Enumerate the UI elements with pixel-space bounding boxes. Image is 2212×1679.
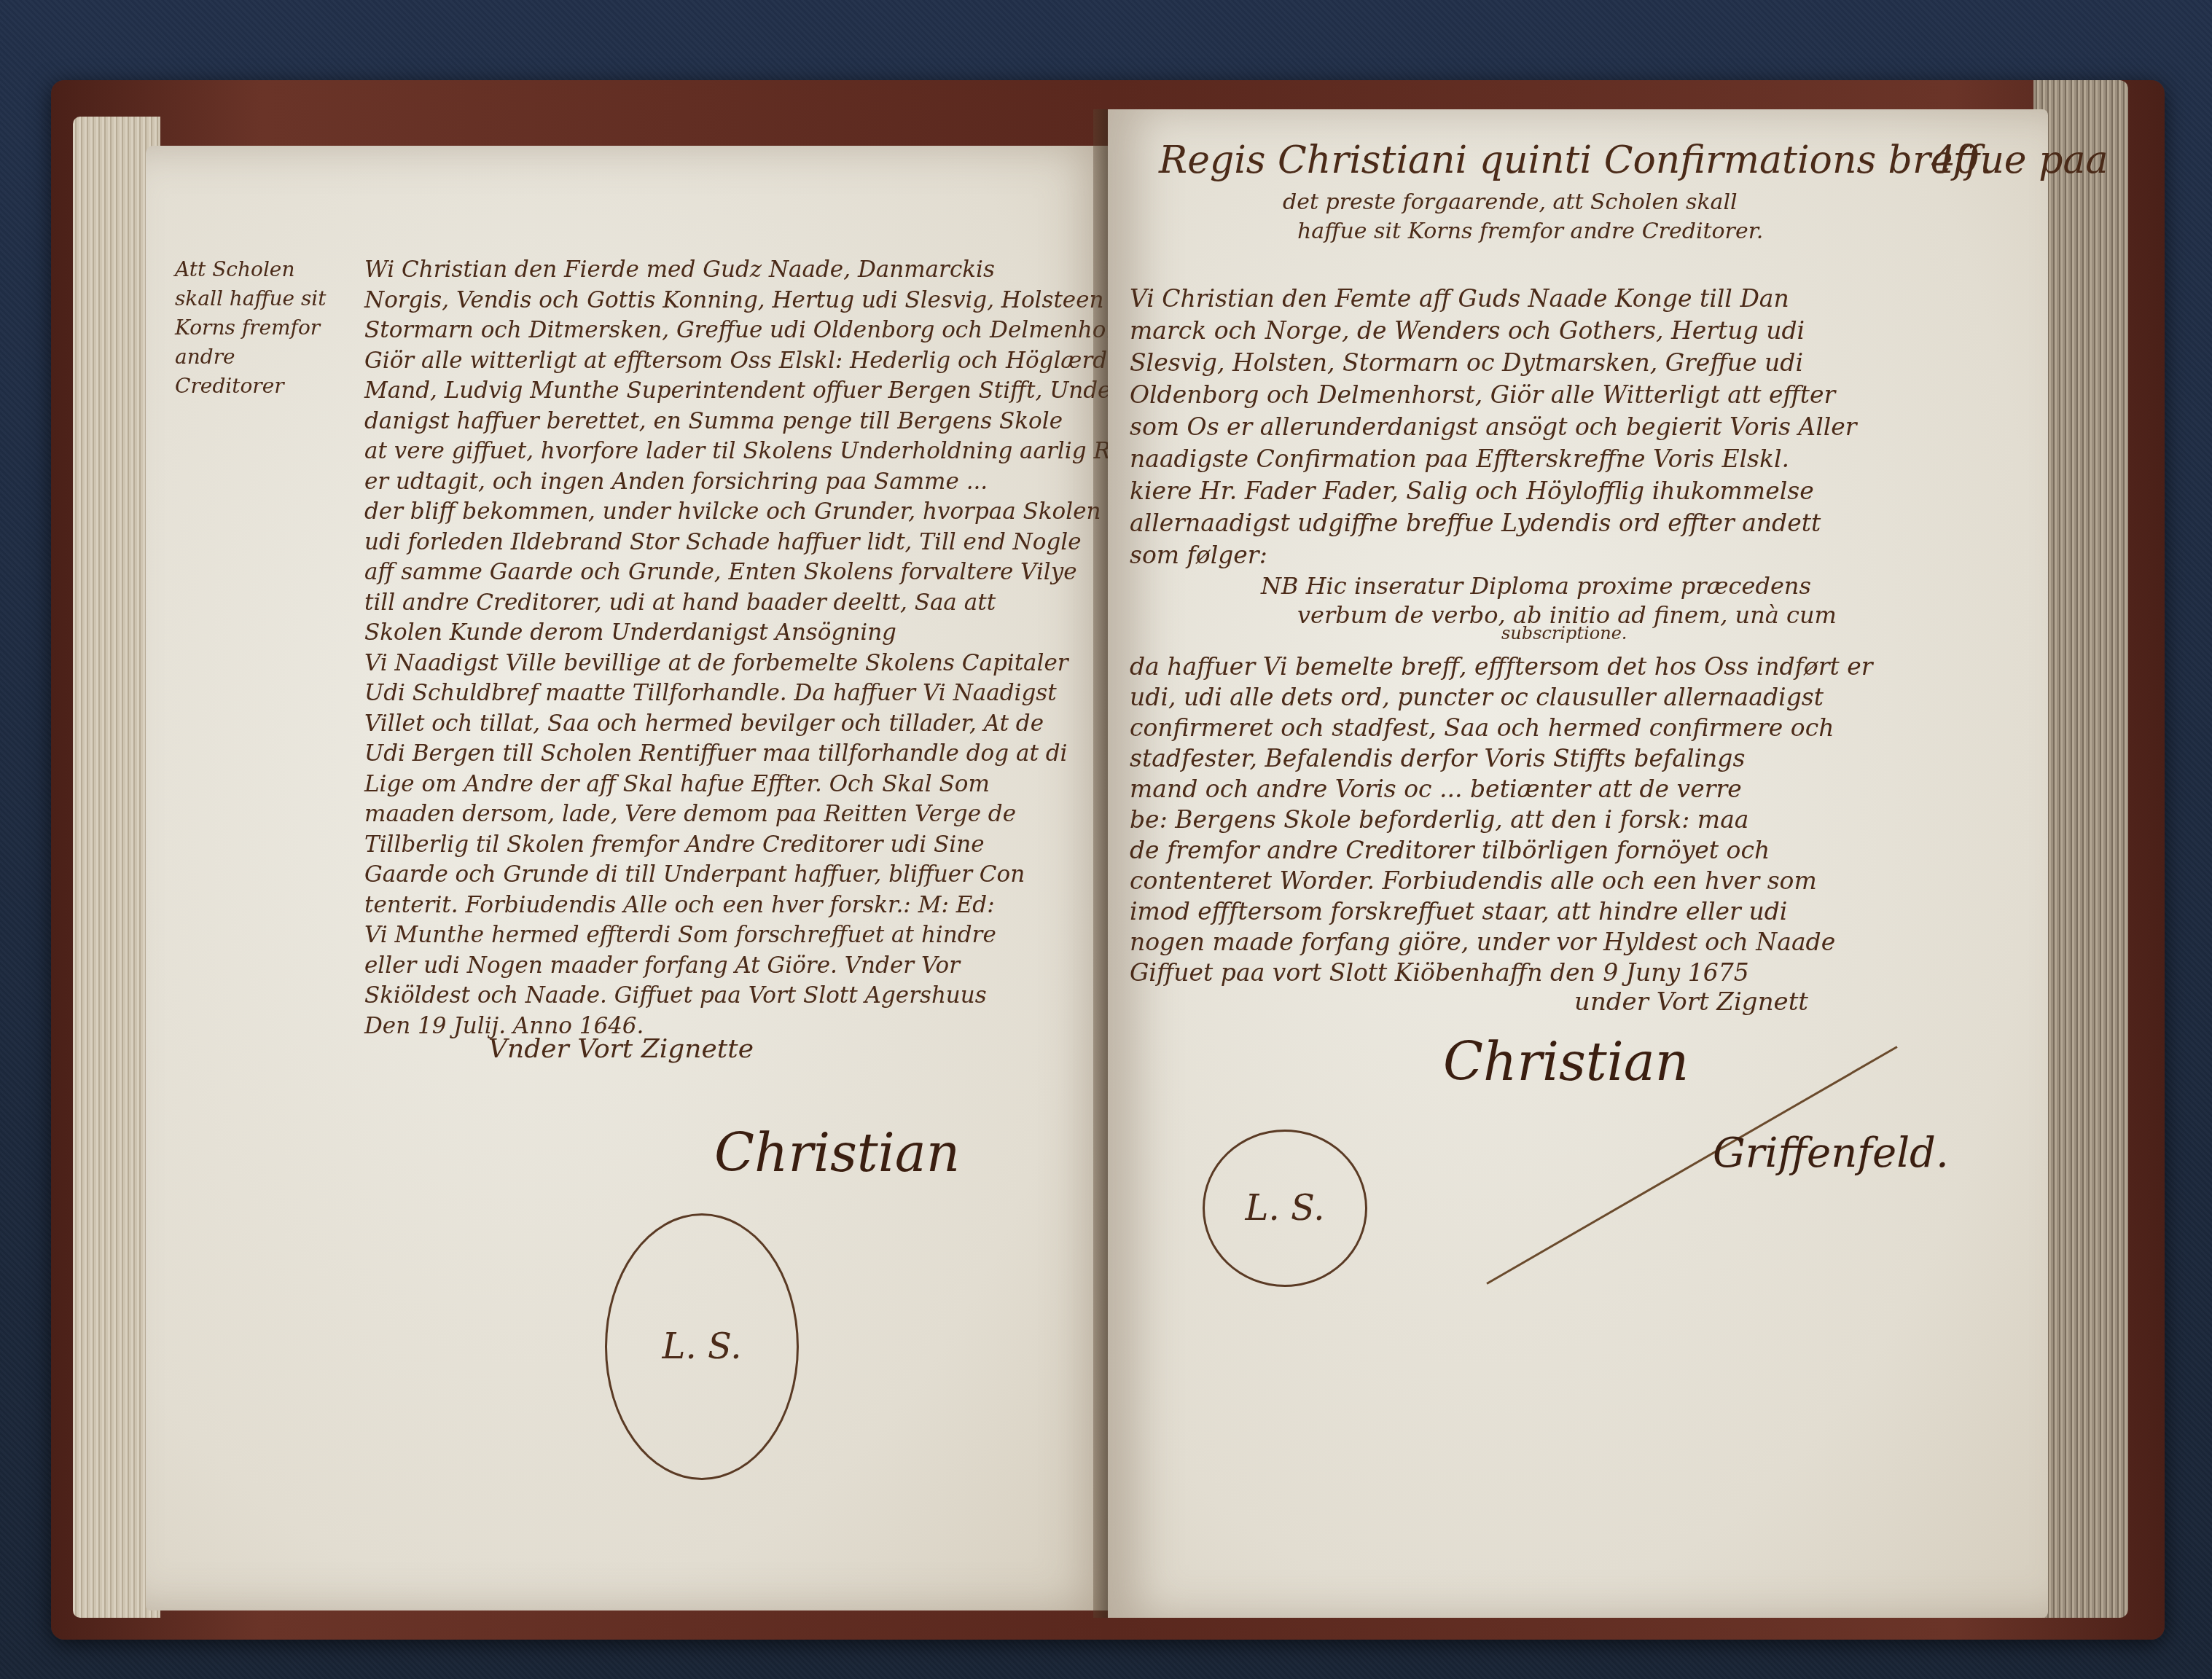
left-seal: L. S. — [605, 1213, 799, 1480]
manuscript-line: Mand, Ludvig Munthe Superintendent offue… — [364, 376, 1122, 405]
manuscript-line: maaden dersom, lade, Vere demom paa Reit… — [364, 799, 1016, 829]
manuscript-line: till andre Creditorer, udi at hand baade… — [364, 588, 996, 617]
manuscript-line: Wi Christian den Fierde med Gudz Naade, … — [364, 255, 995, 284]
manuscript-line: Gaarde och Grunde di till Underpant haff… — [364, 860, 1025, 889]
manuscript-line: Lige om Andre der aff Skal hafue Effter.… — [364, 770, 990, 799]
manuscript-line: Villet och tillat, Saa och hermed bevilg… — [364, 709, 1044, 738]
manuscript-line: Udi Bergen till Scholen Rentiffuer maa t… — [364, 739, 1068, 768]
manuscript-line: eller udi Nogen maader forfang At Giöre.… — [364, 951, 960, 980]
manuscript-line: Skiöldest och Naade. Giffuet paa Vort Sl… — [364, 981, 987, 1010]
margin-note: Att Scholen skall haffue sit Korns fremf… — [175, 255, 328, 401]
manuscript-line: er udtagit, och ingen Anden forsichring … — [364, 467, 988, 496]
manuscript-line: contenteret Worder. Forbiudendis alle oc… — [1130, 866, 1817, 896]
manuscript-line: Giör alle witterligt at efftersom Oss El… — [364, 346, 1107, 375]
manuscript-line: marck och Norge, de Wenders och Gothers,… — [1130, 316, 1805, 345]
right-subtitle-1: det preste forgaarende, att Scholen skal… — [1283, 189, 1738, 215]
manuscript-line: allernaadigst udgiffne breffue Lydendis … — [1130, 509, 1821, 538]
manuscript-line: stadfester, Befalendis derfor Voris Stif… — [1130, 744, 1745, 773]
manuscript-line: som Os er allerunderdanigst ansögt och b… — [1130, 412, 1857, 442]
manuscript-line: Norgis, Vendis och Gottis Konning, Hertu… — [364, 286, 1104, 315]
manuscript-line: Tillberlig til Skolen fremfor Andre Cred… — [364, 830, 985, 859]
manuscript-line: tenterit. Forbiudendis Alle och een hver… — [364, 891, 995, 920]
latin-note-3: subscriptione. — [1501, 623, 1627, 643]
manuscript-line: udi, udi alle dets ord, puncter oc claus… — [1130, 683, 1824, 712]
left-signature: Christian — [714, 1122, 960, 1183]
manuscript-line: Udi Schuldbref maatte Tillforhandle. Da … — [364, 678, 1057, 708]
right-subtitle-2: haffue sit Korns fremfor andre Creditore… — [1297, 219, 1763, 244]
folio-number: 40. — [1931, 138, 1992, 182]
manuscript-line: at vere giffuet, hvorfore lader til Skol… — [364, 437, 1161, 466]
manuscript-line: de fremfor andre Creditorer tilbörligen … — [1130, 836, 1770, 865]
manuscript-line: udi forleden Ildebrand Stor Schade haffu… — [364, 528, 1082, 557]
manuscript-line: kiere Hr. Fader Fader, Salig och Höyloff… — [1130, 477, 1814, 506]
right-signature: Christian — [1443, 1031, 1689, 1092]
right-page: Regis Christiani quinti Confirmations br… — [1108, 109, 2048, 1618]
manuscript-line: som følger: — [1130, 541, 1267, 570]
manuscript-line: Giffuet paa vort Slott Kiöbenhaffn den 9… — [1130, 958, 1749, 987]
manuscript-line: mand och andre Voris oc ... betiænter at… — [1130, 775, 1742, 804]
manuscript-line: Stormarn och Ditmersken, Greffue udi Old… — [364, 316, 1145, 345]
left-closing: Vnder Vort Zignette — [488, 1035, 754, 1064]
manuscript-line: Vi Munthe hermed effterdi Som forschreff… — [364, 920, 996, 950]
right-seal-text: L. S. — [1205, 1188, 1365, 1229]
right-closing: under Vort Zignett — [1574, 987, 1808, 1017]
manuscript-line: Vi Christian den Femte aff Guds Naade Ko… — [1130, 284, 1789, 313]
manuscript-line: aff samme Gaarde och Grunde, Enten Skole… — [364, 557, 1077, 587]
manuscript-line: imod effftersom forskreffuet staar, att … — [1130, 897, 1787, 926]
manuscript-line: nogen maade forfang giöre, under vor Hyl… — [1130, 928, 1835, 957]
manuscript-line: danigst haffuer berettet, en Summa penge… — [364, 407, 1063, 436]
right-seal: L. S. — [1203, 1130, 1367, 1287]
manuscript-line: Skolen Kunde derom Underdanigst Ansögnin… — [364, 618, 896, 647]
manuscript-line: Slesvig, Holsten, Stormarn oc Dytmarsken… — [1130, 348, 1803, 377]
countersignature: Griffenfeld. — [1713, 1130, 1949, 1177]
manuscript-line: confirmeret och stadfest, Saa och hermed… — [1130, 713, 1834, 743]
manuscript-line: naadigste Confirmation paa Effterskreffn… — [1130, 445, 1789, 474]
left-page: Att Scholen skall haffue sit Korns fremf… — [146, 146, 1115, 1610]
latin-note-1: NB Hic inseratur Diploma proxime præcede… — [1261, 572, 1811, 600]
manuscript-line: Vi Naadigst Ville bevillige at de forbem… — [364, 649, 1068, 678]
manuscript-line: be: Bergens Skole beforderlig, att den i… — [1130, 805, 1749, 834]
left-seal-text: L. S. — [607, 1326, 797, 1367]
manuscript-line: der bliff bekommen, under hvilcke och Gr… — [364, 497, 1101, 526]
manuscript-line: Oldenborg och Delmenhorst, Giör alle Wit… — [1130, 380, 1835, 410]
manuscript-line: da haffuer Vi bemelte breff, effftersom … — [1130, 652, 1873, 681]
